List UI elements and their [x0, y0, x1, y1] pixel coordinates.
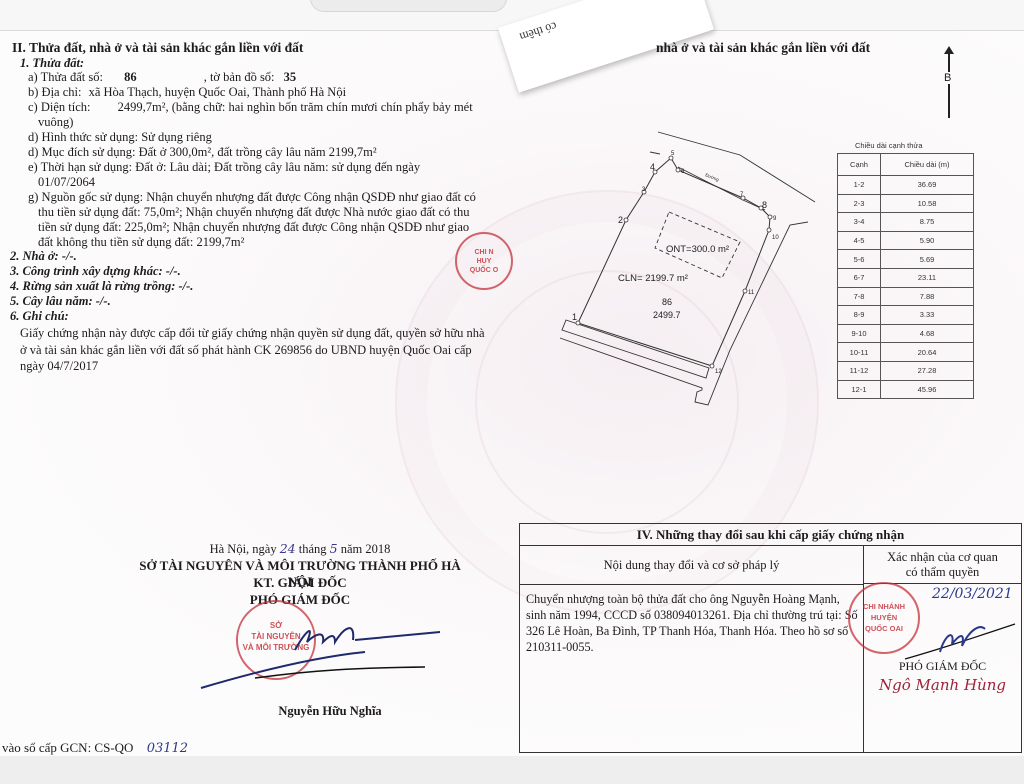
edge-name-cell: 4-5 [838, 231, 881, 250]
edge-length-cell: 5.69 [881, 250, 974, 269]
edge-name-cell: 2-3 [838, 194, 881, 213]
column-header-confirmation: Xác nhận của cơ quan có thẩm quyền [864, 546, 1021, 584]
parcel-number-line: a) Thửa đất số: 86 , tờ bản đồ số: 35 [28, 70, 296, 85]
edge-name-cell: 8-9 [838, 306, 881, 325]
section-iv-title: IV. Những thay đổi sau khi cấp giấy chứn… [520, 524, 1021, 546]
area-value: 2499,7m², (bằng chữ: hai nghìn bốn trăm … [118, 100, 473, 114]
edge-name-cell: 3-4 [838, 213, 881, 232]
stamp-text: QUỐC O [457, 266, 511, 275]
point-label: 4 [650, 162, 655, 172]
table-row: 11-1227.28 [838, 361, 974, 380]
section-ii-title: II. Thửa đất, nhà ở và tài sản khác gắn … [12, 40, 303, 56]
parcel-number: 86 [124, 70, 137, 84]
point-label: 5 [671, 151, 675, 157]
registry-label: vào sổ cấp GCN: CS-QO [2, 740, 133, 755]
edge-length-cell: 27.28 [881, 361, 974, 380]
folded-corner-text: có thêm [518, 18, 559, 44]
perennial-area-label: CLN= 2199.7 m² [618, 273, 688, 284]
edge-name-cell: 9-10 [838, 324, 881, 343]
column-header: Chiều dài (m) [881, 154, 974, 176]
map-sheet-number: 35 [284, 70, 297, 84]
viewer-tab[interactable] [310, 0, 507, 12]
parcel-diagram: 1 2 3 4 5 6 7 8 9 10 11 12 Đường ONT=300… [540, 130, 830, 420]
confirmation-header-line: Xác nhận của cơ quan [864, 550, 1021, 565]
point-label: 9 [773, 216, 777, 222]
table-row: 6-723.11 [838, 268, 974, 287]
confirmation-signature-icon [900, 604, 1020, 664]
registry-number: 03112 [147, 741, 188, 756]
construction-item: 3. Công trình xây dựng khác: -/-. [10, 264, 181, 279]
usage-term: e) Thời hạn sử dụng: Đất ở: Lâu dài; Đất… [28, 160, 420, 175]
stamp-text: CHI N [457, 248, 511, 257]
confirmation-signer: Ngô Mạnh Hùng [864, 676, 1021, 694]
residential-area-label: ONT=300.0 m² [666, 244, 729, 255]
issue-date-line: Hà Nội, ngày 24 tháng 5 năm 2018 [130, 541, 470, 557]
road-label: Đường [705, 172, 721, 182]
confirmation-position: PHÓ GIÁM ĐỐC [864, 659, 1021, 674]
address-label: b) Địa chỉ: [28, 85, 81, 99]
north-label: B [944, 72, 951, 84]
point-label: 11 [748, 290, 755, 296]
origin-line-4: đất không thu tiền sử dụng đất: 2199,7m² [38, 235, 244, 250]
section-iv-table: IV. Những thay đổi sau khi cấp giấy chứn… [519, 523, 1022, 753]
parcel-number-label: a) Thửa đất số: [28, 70, 103, 84]
table-row: 2-310.58 [838, 194, 974, 213]
on-behalf-line: KT. GIÁM ĐỐC [130, 575, 470, 591]
edge-length-cell: 3.33 [881, 306, 974, 325]
origin-line-3: tiền sử dụng đất: 225,0m²; Nhận chuyển n… [38, 220, 469, 235]
edge-name-cell: 7-8 [838, 287, 881, 306]
area-line-2: vuông) [38, 115, 73, 130]
area-line: c) Diện tích: 2499,7m², (bằng chữ: hai n… [28, 100, 473, 115]
edge-length-cell: 36.69 [881, 176, 974, 195]
notes-text: Giấy chứng nhận này được cấp đổi từ giấy… [20, 325, 490, 375]
notes-heading: 6. Ghi chú: [10, 309, 69, 324]
change-entry-text: Chuyển nhượng toàn bộ thửa đất cho ông N… [526, 591, 860, 655]
section-ii-title-fragment: nhà ở và tài sản khác gắn liền với đất [656, 40, 870, 56]
viewer-bottom-bar [0, 756, 1024, 784]
table-row: 4-55.90 [838, 231, 974, 250]
edge-name-cell: 12-1 [838, 380, 881, 399]
usage-term-2: 01/07/2064 [38, 175, 95, 190]
table-row: 3-48.75 [838, 213, 974, 232]
table-row: 5-65.69 [838, 250, 974, 269]
usage-form: d) Hình thức sử dụng: Sử dụng riêng [28, 130, 212, 145]
parcel-area-label: 2499.7 [653, 310, 681, 320]
stamp-text: HUY [457, 257, 511, 266]
parcel-number-label: 86 [662, 297, 672, 307]
point-label: 10 [772, 235, 779, 241]
edge-length-cell: 8.75 [881, 213, 974, 232]
edge-length-table: Cạnh Chiều dài (m) 1-236.692-310.583-48.… [837, 153, 974, 399]
point-label: 8 [762, 200, 767, 210]
issue-year: năm 2018 [341, 542, 391, 556]
edge-length-cell: 7.88 [881, 287, 974, 306]
table-row: 12-145.96 [838, 380, 974, 399]
table-row: 10-1120.64 [838, 343, 974, 362]
edge-name-cell: 11-12 [838, 361, 881, 380]
perennial-item: 5. Cây lâu năm: -/-. [10, 294, 111, 309]
table-row: 1-236.69 [838, 176, 974, 195]
edge-length-cell: 10.58 [881, 194, 974, 213]
signature-scribble-icon [195, 612, 445, 692]
edge-table-caption: Chiều dài cạnh thửa [855, 141, 923, 150]
edge-length-cell: 23.11 [881, 268, 974, 287]
edge-length-cell: 4.68 [881, 324, 974, 343]
registry-line: vào sổ cấp GCN: CS-QO 03112 [2, 740, 188, 756]
signer-name: Nguyễn Hữu Nghĩa [230, 704, 430, 719]
confirmation-header-line: có thẩm quyền [864, 565, 1021, 580]
edge-length-cell: 45.96 [881, 380, 974, 399]
parcel-heading: 1. Thửa đất: [20, 56, 84, 71]
point-label: 2 [618, 215, 623, 225]
table-header-row: Cạnh Chiều dài (m) [838, 154, 974, 176]
month-label: tháng [299, 542, 327, 556]
issue-place: Hà Nội, ngày [210, 542, 277, 556]
address: xã Hòa Thạch, huyện Quốc Oai, Thành phố … [89, 85, 346, 99]
usage-purpose: d) Mục đích sử dụng: Đất ở 300,0m², đất … [28, 145, 377, 160]
north-arrow-icon [948, 52, 950, 118]
point-label: 1 [572, 312, 577, 322]
signer-position: PHÓ GIÁM ĐỐC [130, 592, 470, 608]
edge-name-cell: 1-2 [838, 176, 881, 195]
table-row: 9-104.68 [838, 324, 974, 343]
edge-name-cell: 5-6 [838, 250, 881, 269]
origin-line-2: thu tiền sử dụng đất: 75,0m²; Nhận chuyể… [38, 205, 470, 220]
map-sheet-label: , tờ bản đồ số: [204, 70, 275, 84]
origin-line-1: g) Nguồn gốc sử dụng: Nhận chuyển nhượng… [28, 190, 476, 205]
house-item: 2. Nhà ở: -/-. [10, 249, 77, 264]
address-line: b) Địa chỉ: xã Hòa Thạch, huyện Quốc Oai… [28, 85, 346, 100]
edge-name-cell: 6-7 [838, 268, 881, 287]
edge-name-cell: 10-11 [838, 343, 881, 362]
issue-month: 5 [330, 541, 338, 556]
confirmation-date: 22/03/2021 [932, 586, 1013, 602]
column-header: Cạnh [838, 154, 881, 176]
column-header-content: Nội dung thay đổi và cơ sở pháp lý [520, 546, 864, 585]
issue-day: 24 [280, 541, 296, 556]
forest-item: 4. Rừng sản xuất là rừng trồng: -/-. [10, 279, 193, 294]
edge-length-cell: 20.64 [881, 343, 974, 362]
table-row: 8-93.33 [838, 306, 974, 325]
partial-red-stamp: CHI N HUY QUỐC O [455, 232, 513, 290]
table-row: 7-87.88 [838, 287, 974, 306]
point-label: 12 [715, 369, 722, 375]
area-label: c) Diện tích: [28, 100, 90, 114]
edge-length-cell: 5.90 [881, 231, 974, 250]
